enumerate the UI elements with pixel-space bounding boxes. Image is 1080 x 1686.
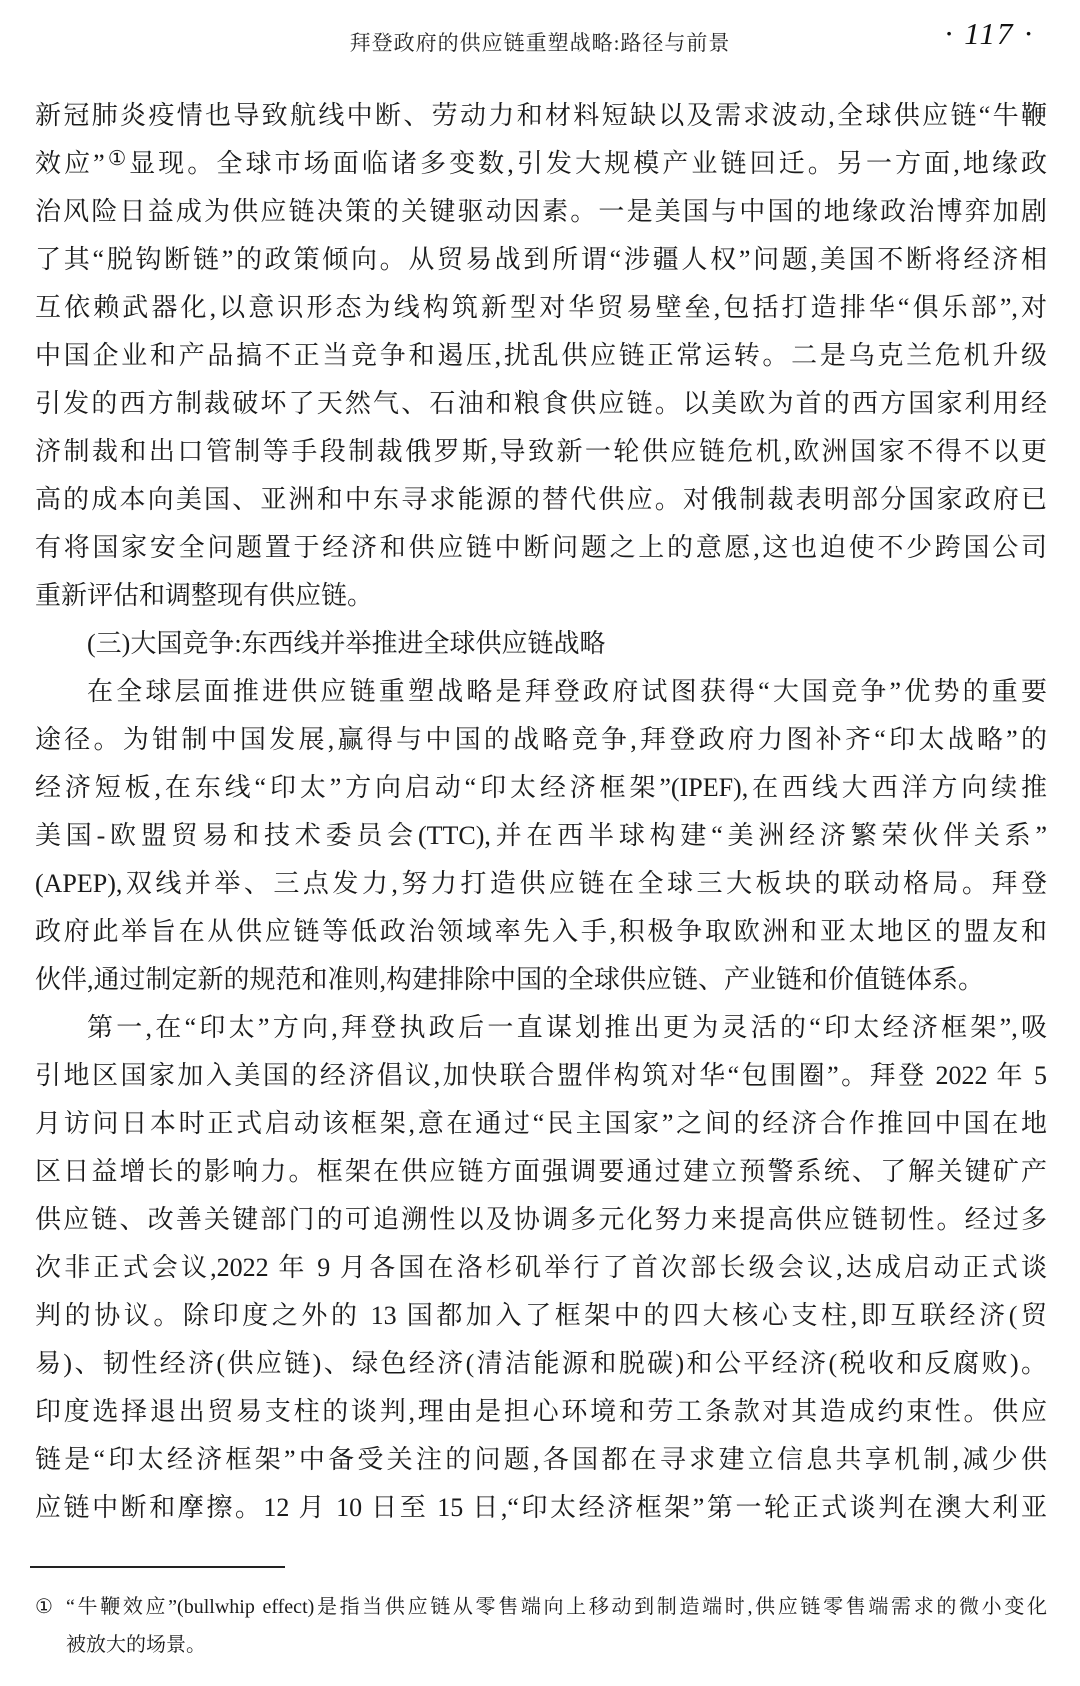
footnote-reference: ① [105, 148, 129, 170]
text-line: 第一,在“印太”方向,拜登执政后一直谋划推出更为灵活的“印太经济框架”,吸 [35, 1004, 1047, 1052]
text-line: 效应”①显现。全球市场面临诸多变数,引发大规模产业链回迁。另一方面,地缘政 [35, 140, 1047, 188]
footnote-line: 被放大的场景。 [66, 1626, 1047, 1664]
text-line: (三)大国竞争:东西线并举推进全球供应链战略 [35, 620, 1047, 668]
text-line: 判的协议。除印度之外的 13 国都加入了框架中的四大核心支柱,即互联经济(贸 [35, 1292, 1047, 1340]
text-line: (APEP),双线并举、三点发力,努力打造供应链在全球三大板块的联动格局。拜登 [35, 860, 1047, 908]
text-line: 政府此举旨在从供应链等低政治领域率先入手,积极争取欧洲和亚太地区的盟友和 [35, 908, 1047, 956]
text-line: 供应链、改善关键部门的可追溯性以及协调多元化努力来提高供应链韧性。经过多 [35, 1196, 1047, 1244]
text-line: 月访问日本时正式启动该框架,意在通过“民主国家”之间的经济合作推回中国在地 [35, 1100, 1047, 1148]
text-line: 治风险日益成为供应链决策的关键驱动因素。一是美国与中国的地缘政治博弈加剧 [35, 188, 1047, 236]
footnote-line: “牛鞭效应”(bullwhip effect)是指当供应链从零售端向上移动到制造… [66, 1588, 1047, 1626]
text-line: 印度选择退出贸易支柱的谈判,理由是担心环境和劳工条款对其造成约束性。供应 [35, 1388, 1047, 1436]
page-number: · 117 · [945, 16, 1034, 52]
text-line: 经济短板,在东线“印太”方向启动“印太经济框架”(IPEF),在西线大西洋方向续… [35, 764, 1047, 812]
text-line: 伙伴,通过制定新的规范和准则,构建排除中国的全球供应链、产业链和价值链体系。 [35, 956, 1047, 1004]
text-line: 济制裁和出口管制等手段制裁俄罗斯,导致新一轮供应链危机,欧洲国家不得不以更 [35, 428, 1047, 476]
text-line: 高的成本向美国、亚洲和中东寻求能源的替代供应。对俄制裁表明部分国家政府已 [35, 476, 1047, 524]
footnote-separator [30, 1566, 285, 1568]
text-line: 中国企业和产品搞不正当竞争和遏压,扰乱供应链正常运转。二是乌克兰危机升级 [35, 332, 1047, 380]
footnote: ① “牛鞭效应”(bullwhip effect)是指当供应链从零售端向上移动到… [35, 1588, 1047, 1664]
text-line: 区日益增长的影响力。框架在供应链方面强调要通过建立预警系统、了解关键矿产 [35, 1148, 1047, 1196]
text-line: 应链中断和摩擦。12 月 10 日至 15 日,“印太经济框架”第一轮正式谈判在… [35, 1484, 1047, 1532]
text-line: 途径。为钳制中国发展,赢得与中国的战略竞争,拜登政府力图补齐“印太战略”的 [35, 716, 1047, 764]
text-line: 易)、韧性经济(供应链)、绿色经济(清洁能源和脱碳)和公平经济(税收和反腐败)。 [35, 1340, 1047, 1388]
text-line: 美国-欧盟贸易和技术委员会(TTC),并在西半球构建“美洲经济繁荣伙伴关系” [35, 812, 1047, 860]
article-body: 新冠肺炎疫情也导致航线中断、劳动力和材料短缺以及需求波动,全球供应链“牛鞭效应”… [35, 92, 1047, 1532]
text-line: 重新评估和调整现有供应链。 [35, 572, 1047, 620]
text-line: 互依赖武器化,以意识形态为线构筑新型对华贸易壁垒,包括打造排华“俱乐部”,对 [35, 284, 1047, 332]
text-line: 在全球层面推进供应链重塑战略是拜登政府试图获得“大国竞争”优势的重要 [35, 668, 1047, 716]
text-line: 了其“脱钩断链”的政策倾向。从贸易战到所谓“涉疆人权”问题,美国不断将经济相 [35, 236, 1047, 284]
page-header: 拜登政府的供应链重塑战略:路径与前景 · 117 · [0, 0, 1080, 68]
text-line: 引地区国家加入美国的经济倡议,加快联合盟伴构筑对华“包围圈”。拜登 2022 年… [35, 1052, 1047, 1100]
text-line: 新冠肺炎疫情也导致航线中断、劳动力和材料短缺以及需求波动,全球供应链“牛鞭 [35, 92, 1047, 140]
text-line: 有将国家安全问题置于经济和供应链中断问题之上的意愿,这也迫使不少跨国公司 [35, 524, 1047, 572]
journal-page: 拜登政府的供应链重塑战略:路径与前景 · 117 · 新冠肺炎疫情也导致航线中断… [0, 0, 1080, 1686]
footnote-marker: ① [35, 1588, 53, 1626]
text-line: 次非正式会议,2022 年 9 月各国在洛杉矶举行了首次部长级会议,达成启动正式… [35, 1244, 1047, 1292]
running-head-title: 拜登政府的供应链重塑战略:路径与前景 [0, 28, 1080, 58]
text-line: 引发的西方制裁破坏了天然气、石油和粮食供应链。以美欧为首的西方国家利用经 [35, 380, 1047, 428]
text-line: 链是“印太经济框架”中备受关注的问题,各国都在寻求建立信息共享机制,减少供 [35, 1436, 1047, 1484]
